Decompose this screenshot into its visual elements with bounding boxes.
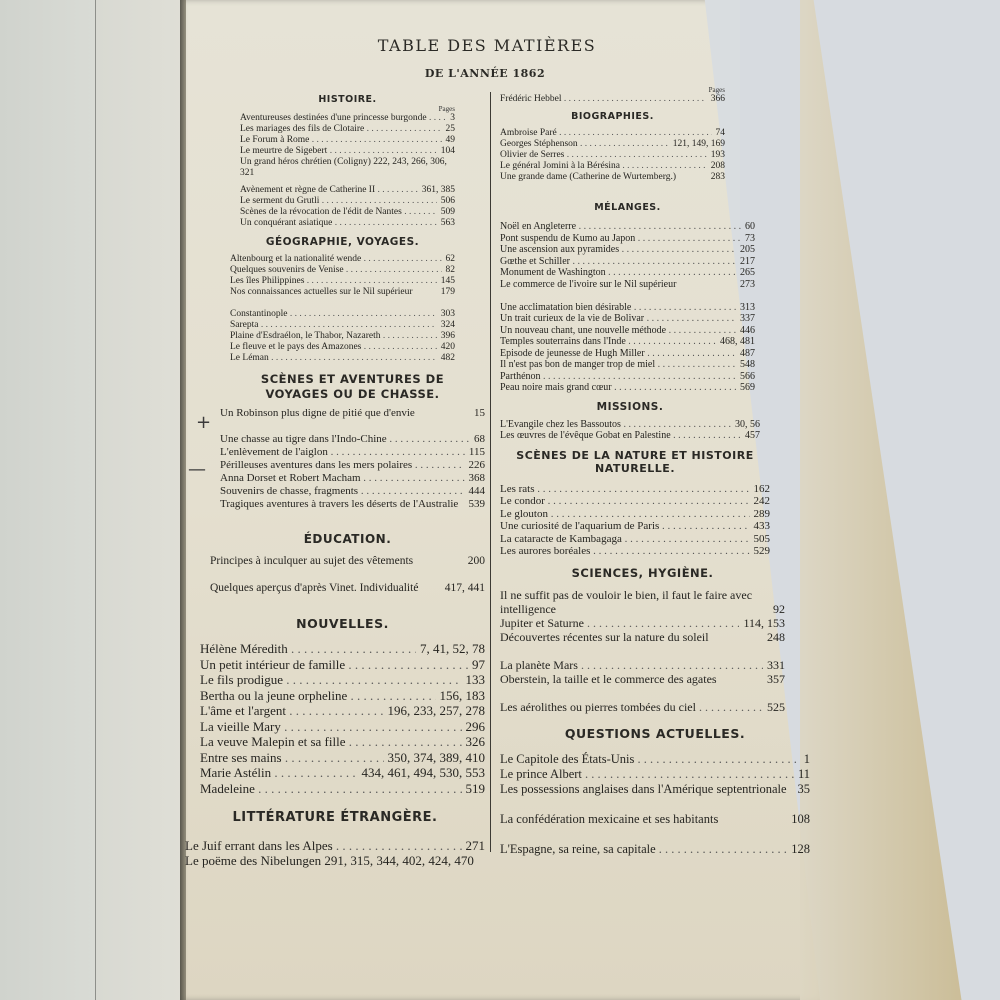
section-nouvelles: NOUVELLES. Hélène Méredith7, 41, 52, 78 … [200,617,485,797]
list-item: Georges Stéphenson121, 149, 169 [500,139,725,150]
section-scenes-nature: SCÈNES DE LA NATURE ET HISTOIRE NATURELL… [500,449,770,558]
page-subtitle: DE L'ANNÉE 1862 [420,67,550,80]
section-heading: SCIENCES, HYGIÈNE. [500,566,785,581]
entry-list: Principes à inculquer au sujet des vêtem… [210,555,485,609]
list-item: Episode de jeunesse de Hugh Miller487 [500,348,755,360]
list-item: La cataracte de Kambagaga505 [500,533,770,546]
list-item: Le glouton289 [500,508,770,521]
section-heading: ÉDUCATION. [210,532,485,547]
list-item: Les rats162 [500,483,770,496]
list-item: Le poëme des Nibelungen 291, 315, 344, 4… [185,853,485,869]
list-item: La veuve Malepin et sa fille326 [200,734,485,750]
column-divider [490,92,491,852]
list-item: Un petit intérieur de famille97 [200,657,485,673]
list-item: Avènement et règne de Catherine II361, 3… [240,185,455,196]
list-item: Temples souterrains dans l'Inde468, 481 [500,336,755,348]
pages-label: Pages [240,105,455,113]
list-item: Madeleine519 [200,781,485,797]
section-litterature-etrangere: LITTÉRATURE ÉTRANGÈRE. Le Juif errant da… [185,810,485,869]
list-item: Un trait curieux de la vie de Bolivar337 [500,313,755,325]
list-item: Olivier de Serres193 [500,150,725,161]
list-item: Le fils prodigue133 [200,672,485,688]
list-item: Gœthe et Schiller217 [500,256,755,268]
list-item: Anna Dorset et Robert Macham368 [220,472,485,485]
section-heading: HISTOIRE. [240,94,455,105]
list-item: Les mariages des fils de Clotaire25 [240,124,455,135]
section-education: ÉDUCATION. Principes à inculquer au suje… [210,532,485,609]
list-item: Périlleuses aventures dans les mers pola… [220,459,485,472]
list-item: Peau noire mais grand cœur569 [500,382,755,394]
list-item: Quelques souvenirs de Venise82 [230,265,455,276]
list-item: La confédération mexicaine et ses habita… [500,812,810,842]
list-item: Il ne suffit pas de vouloir le bien, il … [500,588,785,616]
entry-list: Le Juif errant dans les Alpes271 Le poëm… [185,838,485,869]
section-missions: MISSIONS. L'Evangile chez les Bassoutos3… [500,402,760,441]
list-item: Parthénon566 [500,371,755,383]
list-item: Une grande dame (Catherine de Wurtemberg… [500,172,725,194]
list-item: Constantinople303 [230,309,455,320]
list-item: Le condor242 [500,495,770,508]
list-item: Le Forum à Rome49 [240,135,455,146]
entry-list: Ambroise Paré74 Georges Stéphenson121, 1… [500,128,725,194]
list-item: La planète Mars331 [500,658,785,672]
section-heading: QUESTIONS ACTUELLES. [500,726,810,742]
list-item: L'enlèvement de l'aiglon115 [220,446,485,459]
list-item: L'âme et l'argent196, 233, 257, 278 [200,703,485,719]
list-item: Une ascension aux pyramides205 [500,244,755,256]
list-item: Le Léman482 [230,353,455,364]
entry-list: L'Evangile chez les Bassoutos30, 56 Les … [500,419,760,441]
list-item: Le général Jomini à la Bérésina208 [500,161,725,172]
section-heading: SCÈNES ET AVENTURES DE VOYAGES OU DE CHA… [220,372,485,401]
list-item: Les aurores boréales529 [500,545,770,558]
section-heading: MISSIONS. [500,402,760,413]
list-item: Le meurtre de Sigebert104 [240,146,455,157]
list-item: L'Evangile chez les Bassoutos30, 56 [500,419,760,430]
list-item: Une curiosité de l'aquarium de Paris433 [500,520,770,533]
entry-list: Frédéric Hebbel366 [500,94,725,105]
section-heading: NOUVELLES. [200,617,485,632]
left-column: HISTOIRE. Pages Aventureuses destinées d… [200,94,485,869]
section-heading: LITTÉRATURE ÉTRANGÈRE. [185,810,485,826]
pages-label: Pages [500,86,725,94]
list-item: L'Espagne, sa reine, sa capitale128 [500,842,810,857]
list-item: Une chasse au tigre dans l'Indo-Chine68 [220,433,485,446]
list-item: Les possessions anglaises dans l'Amériqu… [500,782,810,812]
entry-list: Hélène Méredith7, 41, 52, 78 Un petit in… [200,641,485,796]
list-item: Le prince Albert11 [500,767,810,782]
entry-list: Les rats162 Le condor242 Le glouton289 U… [500,483,770,558]
page-title: TABLE DES MATIÈRES [362,36,612,55]
entry-list: Il ne suffit pas de vouloir le bien, il … [500,588,785,714]
entry-list: Aventureuses destinées d'une princesse b… [240,113,455,229]
list-item: Sarepta324 [230,320,455,331]
plus-annotation-mark: + [196,412,211,433]
section-sciences-hygiene: SCIENCES, HYGIÈNE. Il ne suffit pas de v… [500,566,785,715]
list-item: Un grand héros chrétien (Coligny) 222, 2… [240,157,455,179]
list-item: Pont suspendu de Kumo au Japon73 [500,233,755,245]
list-item: Le Capitole des États-Unis1 [500,752,810,767]
section-histoire: HISTOIRE. Pages Aventureuses destinées d… [240,94,455,229]
section-melanges: MÉLANGES. Noël en Angleterre60 Pont susp… [500,202,755,394]
section-geographie: GÉOGRAPHIE, VOYAGES. Altenbourg et la na… [230,237,455,364]
entry-list: Noël en Angleterre60 Pont suspendu de Ku… [500,221,755,394]
list-item: Monument de Washington265 [500,267,755,279]
right-column: Pages Frédéric Hebbel366 BIOGRAPHIES. Am… [500,86,800,857]
list-item: Bertha ou la jeune orpheline156, 183 [200,688,485,704]
list-item: Une acclimatation bien désirable313 [500,302,755,314]
list-item: Principes à inculquer au sujet des vêtem… [210,555,485,582]
section-heading: GÉOGRAPHIE, VOYAGES. [230,237,455,248]
list-item: Oberstein, la taille et le commerce des … [500,672,785,700]
list-item: Altenbourg et la nationalité wende62 [230,254,455,265]
section-scenes-aventures: SCÈNES ET AVENTURES DE VOYAGES OU DE CHA… [220,372,485,524]
section-heading: SCÈNES DE LA NATURE ET HISTOIRE NATURELL… [500,449,770,475]
list-item: Les îles Philippines145 [230,276,455,287]
list-item: Quelques aperçus d'après Vinet. Individu… [210,582,485,609]
list-item: Tragiques aventures à travers les désert… [220,498,485,524]
section-questions-actuelles: QUESTIONS ACTUELLES. Le Capitole des Éta… [500,726,810,857]
entry-list: Un Robinson plus digne de pitié que d'en… [220,407,485,524]
section-heading: BIOGRAPHIES. [500,111,725,122]
list-item: Hélène Méredith7, 41, 52, 78 [200,641,485,657]
list-item: Découvertes récentes sur la nature du so… [500,630,785,658]
entry-list: Altenbourg et la nationalité wende62 Que… [230,254,455,364]
list-item: Il n'est pas bon de manger trop de miel5… [500,359,755,371]
list-item: Aventureuses destinées d'une princesse b… [240,113,455,124]
list-item: Noël en Angleterre60 [500,221,755,233]
list-item: Un Robinson plus digne de pitié que d'en… [220,407,485,433]
list-item: Nos connaissances actuelles sur le Nil s… [230,287,455,309]
list-item: Entre ses mains350, 374, 389, 410 [200,750,485,766]
list-item: Jupiter et Saturne114, 153 [500,616,785,630]
list-item: Le serment du Grutli506 [240,196,455,207]
list-item: Les œuvres de l'évêque Gobat en Palestin… [500,430,760,441]
list-item: Plaine d'Esdraélon, le Thabor, Nazareth3… [230,331,455,342]
list-item: Marie Astélin434, 461, 494, 530, 553 [200,765,485,781]
minus-annotation-mark: — [188,459,206,480]
list-item: Souvenirs de chasse, fragments444 [220,485,485,498]
entry-list: Le Capitole des États-Unis1 Le prince Al… [500,752,810,857]
list-item: Frédéric Hebbel366 [500,94,725,105]
list-item: Un conquérant asiatique563 [240,218,455,229]
list-item: Le fleuve et le pays des Amazones420 [230,342,455,353]
list-item: Scènes de la révocation de l'édit de Nan… [240,207,455,218]
list-item: La vieille Mary296 [200,719,485,735]
list-item: Les aérolithes ou pierres tombées du cie… [500,700,785,714]
section-biographies: BIOGRAPHIES. Ambroise Paré74 Georges Sté… [500,111,725,194]
list-item: Ambroise Paré74 [500,128,725,139]
list-item: Un nouveau chant, une nouvelle méthode44… [500,325,755,337]
section-heading: MÉLANGES. [500,202,755,213]
list-item: Le Juif errant dans les Alpes271 [185,838,485,854]
list-item: Le commerce de l'ivoire sur le Nil supér… [500,279,755,302]
